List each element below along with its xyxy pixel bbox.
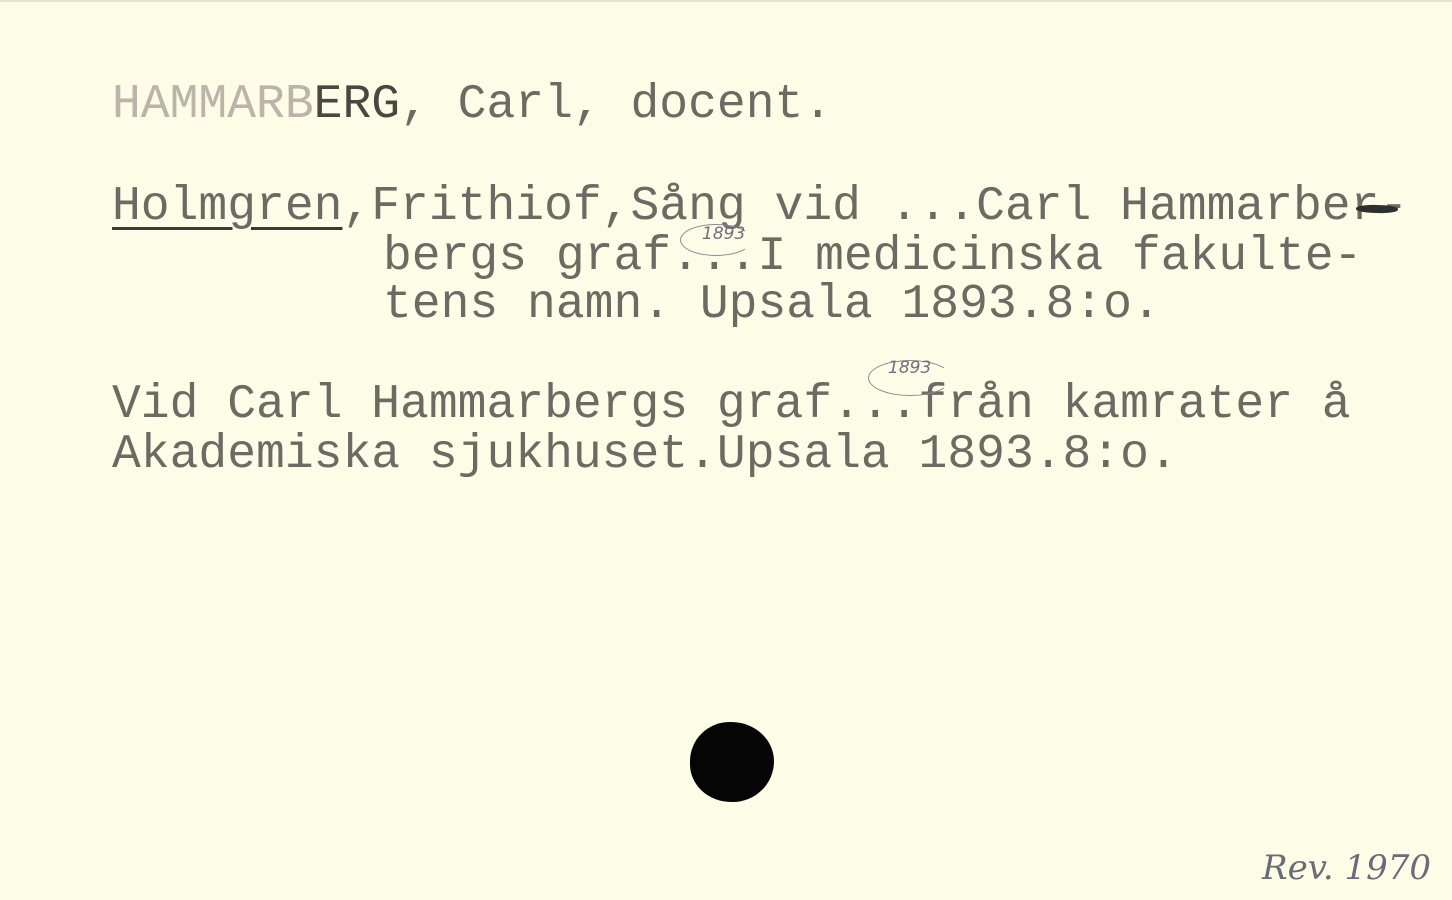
entry-1-line-1-text: ,Frithiof,Sång vid ...Carl Hammarber- bbox=[342, 180, 1408, 234]
entry-1-line-2: bergs graf...I medicinska fakulte- bbox=[383, 232, 1362, 282]
revision-note: Rev. 1970 bbox=[1262, 848, 1431, 888]
entry-1-author: Holmgren bbox=[112, 180, 342, 234]
entry-1-line-3: tens namn. Upsala 1893.8:o. bbox=[383, 280, 1161, 330]
heading-rest: , Carl, docent. bbox=[400, 78, 832, 132]
annotation-1-year: 1893 bbox=[702, 224, 745, 244]
entry-2-line-2: Akademiska sjukhuset.Upsala 1893.8:o. bbox=[112, 430, 1178, 480]
heading-surname-faint: HAMMARB bbox=[112, 78, 314, 132]
catalog-card: HAMMARBERG, Carl, docent. Holmgren,Frith… bbox=[0, 0, 1452, 900]
annotation-2-year: 1893 bbox=[888, 358, 931, 378]
entry-1-line-1: Holmgren,Frithiof,Sång vid ...Carl Hamma… bbox=[112, 182, 1408, 232]
entry-2-line-1: Vid Carl Hammarbergs graf...från kamrate… bbox=[112, 380, 1351, 430]
punch-hole bbox=[690, 722, 774, 802]
card-heading: HAMMARBERG, Carl, docent. bbox=[112, 80, 832, 130]
heading-surname-dark: ERG bbox=[314, 78, 400, 132]
